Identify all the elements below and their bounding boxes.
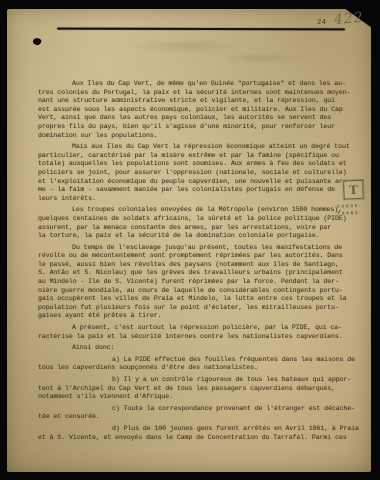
document-line: d) Plus de 100 jeunes gens furent arrêté… xyxy=(38,425,360,434)
document-line: totale) auxquelles les populations sont … xyxy=(38,160,360,169)
page-number-typed: 24 xyxy=(317,19,326,27)
document-line: et l'exploitation économique du peuple c… xyxy=(38,178,360,187)
paragraph: Ainsi donc: xyxy=(38,344,360,353)
document-line: au Mindelo - Ile de S. Vicente) furent r… xyxy=(38,278,360,287)
document-page: 24 422 Aux Iles du Cap Vert, de même qu'… xyxy=(7,9,371,472)
paragraph: Aux Iles du Cap Vert, de même qu'en Guin… xyxy=(38,80,360,140)
document-line: assurent, par la menace constante des ar… xyxy=(38,224,360,233)
document-line: S. Antão et S. Nicolau) que les grèves d… xyxy=(38,269,360,278)
paragraph: Mais aux Iles du Cap Vert la répression … xyxy=(38,143,360,203)
scan-background: { "page_header": { "page_number_typed": … xyxy=(0,0,380,480)
stamp-letter-box: T xyxy=(343,180,364,200)
stamp-word-bottom: TOMBO xyxy=(337,211,359,217)
document-line: tent à l'Archipel du Cap Vert et de tous… xyxy=(38,385,360,394)
document-line: ractérise la paix et la sécurité interne… xyxy=(38,333,360,342)
document-line: tous les capverdiens soupçonnés d'être d… xyxy=(38,364,360,373)
paragraph: a) La PIDE effectue des fouilles fréquen… xyxy=(38,356,360,373)
document-line: tée et censurée. xyxy=(38,413,360,422)
document-line: Mais aux Iles du Cap Vert la répression … xyxy=(38,143,360,152)
document-body: Aux Iles du Cap Vert, de même qu'en Guin… xyxy=(38,80,360,445)
paragraph: c) Toute la correspondance provenant de … xyxy=(38,405,360,422)
stamp-letter: T xyxy=(349,182,358,196)
document-line: A présent, c'est surtout la répression p… xyxy=(38,324,360,333)
document-line: Du temps de l'esclavage jusqu'au présent… xyxy=(38,244,360,253)
document-line: nière guerre mondiale, au cours de laque… xyxy=(38,287,360,296)
document-line: policiers se joint, pour assurer l'oppre… xyxy=(38,169,360,178)
document-line: Ainsi donc: xyxy=(38,344,360,353)
document-line: nant une structure administrative strict… xyxy=(38,97,360,106)
archive-stamp: T TORRE TOMBO xyxy=(336,179,380,230)
document-line: et à S. Vicente, et envoyés dans le Camp… xyxy=(38,434,360,443)
document-line: notamment s'ils viennent d'Afrique. xyxy=(38,393,360,402)
stamp-word-top: TORRE xyxy=(337,204,359,210)
document-line: Vert, ainsi que dans les autres pays col… xyxy=(38,114,360,123)
ink-blot xyxy=(32,37,42,46)
paragraph: b) Il y a un contrôle rigoureux de tous … xyxy=(38,376,360,402)
paragraph: Du temps de l'esclavage jusqu'au présent… xyxy=(38,244,360,321)
document-line: me - la faim - savamment maniée par les … xyxy=(38,186,360,195)
document-line: Les troupes coloniales envoyées de la Mé… xyxy=(38,206,360,215)
document-line: gaises ayant été prêtes à tirer. xyxy=(38,312,360,321)
document-line: révolte ou de mécontentement sont prompt… xyxy=(38,252,360,261)
document-line: domination sur les populations. xyxy=(38,132,360,141)
paragraph: Les troupes coloniales envoyées de la Mé… xyxy=(38,206,360,240)
document-line: propres fils du pays, bien qu'il s'agiss… xyxy=(38,123,360,132)
paragraph: A présent, c'est surtout la répression p… xyxy=(38,324,360,341)
document-line: la torture, la paix et la sécurité de la… xyxy=(38,232,360,241)
document-line: quelques centaines de soldats africains,… xyxy=(38,215,360,224)
document-line: leurs intérêts. xyxy=(38,195,360,204)
pencil-smudge xyxy=(127,39,247,53)
page-number-handwritten: 422 xyxy=(333,10,364,29)
document-line: b) Il y a un contrôle rigoureux de tous … xyxy=(38,376,360,385)
paragraph: d) Plus de 100 jeunes gens furent arrêté… xyxy=(38,425,360,442)
document-line: tres colonies du Portugal, la paix et la… xyxy=(38,89,360,98)
document-line: Aux Iles du Cap Vert, de même qu'en Guin… xyxy=(38,80,360,89)
document-line: gais occupèrent les villes de Praia et M… xyxy=(38,295,360,304)
header-rule xyxy=(57,28,345,31)
pencil-smudge xyxy=(217,53,307,63)
